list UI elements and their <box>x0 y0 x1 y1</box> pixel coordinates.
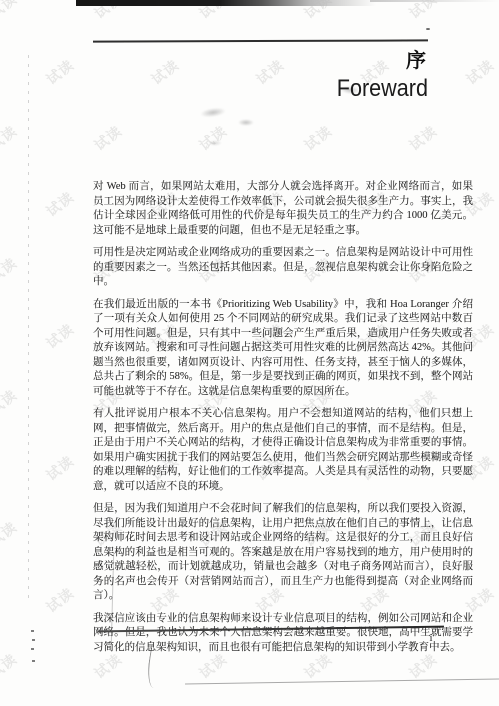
scanned-book-page: 试读试读试读试读试读试读试读试读试读试读试读试读试读试读试读试读试读试读试读试读… <box>0 0 499 706</box>
paragraph-4: 有人批评说用户根本不关心信息架构。用户不会想知道网站的结构，他们只想上网，把事情… <box>93 407 473 494</box>
watermark-text: 试读 <box>90 121 126 155</box>
scan-artifact-top-edge <box>370 0 499 2</box>
watermark-text: 试读 <box>405 121 441 155</box>
paragraph-5: 但是，因为我们知道用户不会花时间了解我们的信息架构，所以我们要投入资源，尽我们所… <box>93 502 473 604</box>
scan-artifact-bottom-edge <box>185 679 499 685</box>
watermark-text: 试读 <box>42 187 78 221</box>
watermark-text: 试读 <box>42 319 78 353</box>
scan-fold-line-left <box>28 55 29 600</box>
paragraph-3: 在我们最近出版的一本书《Prioritizing Web Usability》中… <box>93 298 473 400</box>
header-rule <box>93 39 428 42</box>
paragraph-6: 我深信应该由专业的信息架构师来设计专业信息项目的结构，例如公司网站和企业网络。但… <box>93 612 473 656</box>
watermark-text: 试读 <box>0 0 21 23</box>
watermark-text: 试读 <box>195 121 231 155</box>
watermark-text: 试读 <box>0 253 21 287</box>
scan-artifact-top-bar <box>76 0 376 6</box>
paragraph-1: 对 Web 而言，如果网站太难用，大部分人就会选择离开。对企业网络而言，如果员工… <box>93 180 473 238</box>
paragraph-2: 可用性是决定网站或企业网络成功的重要因素之一。信息架构是网站设计中可用性的重要因… <box>93 246 473 290</box>
page-title-english: Foreward <box>127 76 429 102</box>
watermark-text: 试读 <box>0 385 21 419</box>
watermark-text: 试读 <box>0 517 21 551</box>
page-number: i <box>424 632 438 644</box>
watermark-text: 试读 <box>462 55 498 89</box>
title-block: 序 Foreward <box>93 48 428 102</box>
watermark-text: 试读 <box>405 0 441 23</box>
scan-speck <box>426 28 430 30</box>
pencil-smudge <box>238 119 254 126</box>
page-title-chinese: 序 <box>93 48 428 74</box>
watermark-text: 试读 <box>0 649 21 683</box>
watermark-text: 试读 <box>0 121 21 155</box>
pencil-smudge <box>208 140 222 146</box>
watermark-text: 试读 <box>300 121 336 155</box>
watermark-text: 试读 <box>42 583 78 617</box>
pencil-smudge <box>200 106 227 119</box>
body-text: 对 Web 而言，如果网站太难用，大部分人就会选择离开。对企业网络而言，如果员工… <box>93 180 473 663</box>
watermark-text: 试读 <box>42 55 78 89</box>
watermark-text: 试读 <box>42 451 78 485</box>
